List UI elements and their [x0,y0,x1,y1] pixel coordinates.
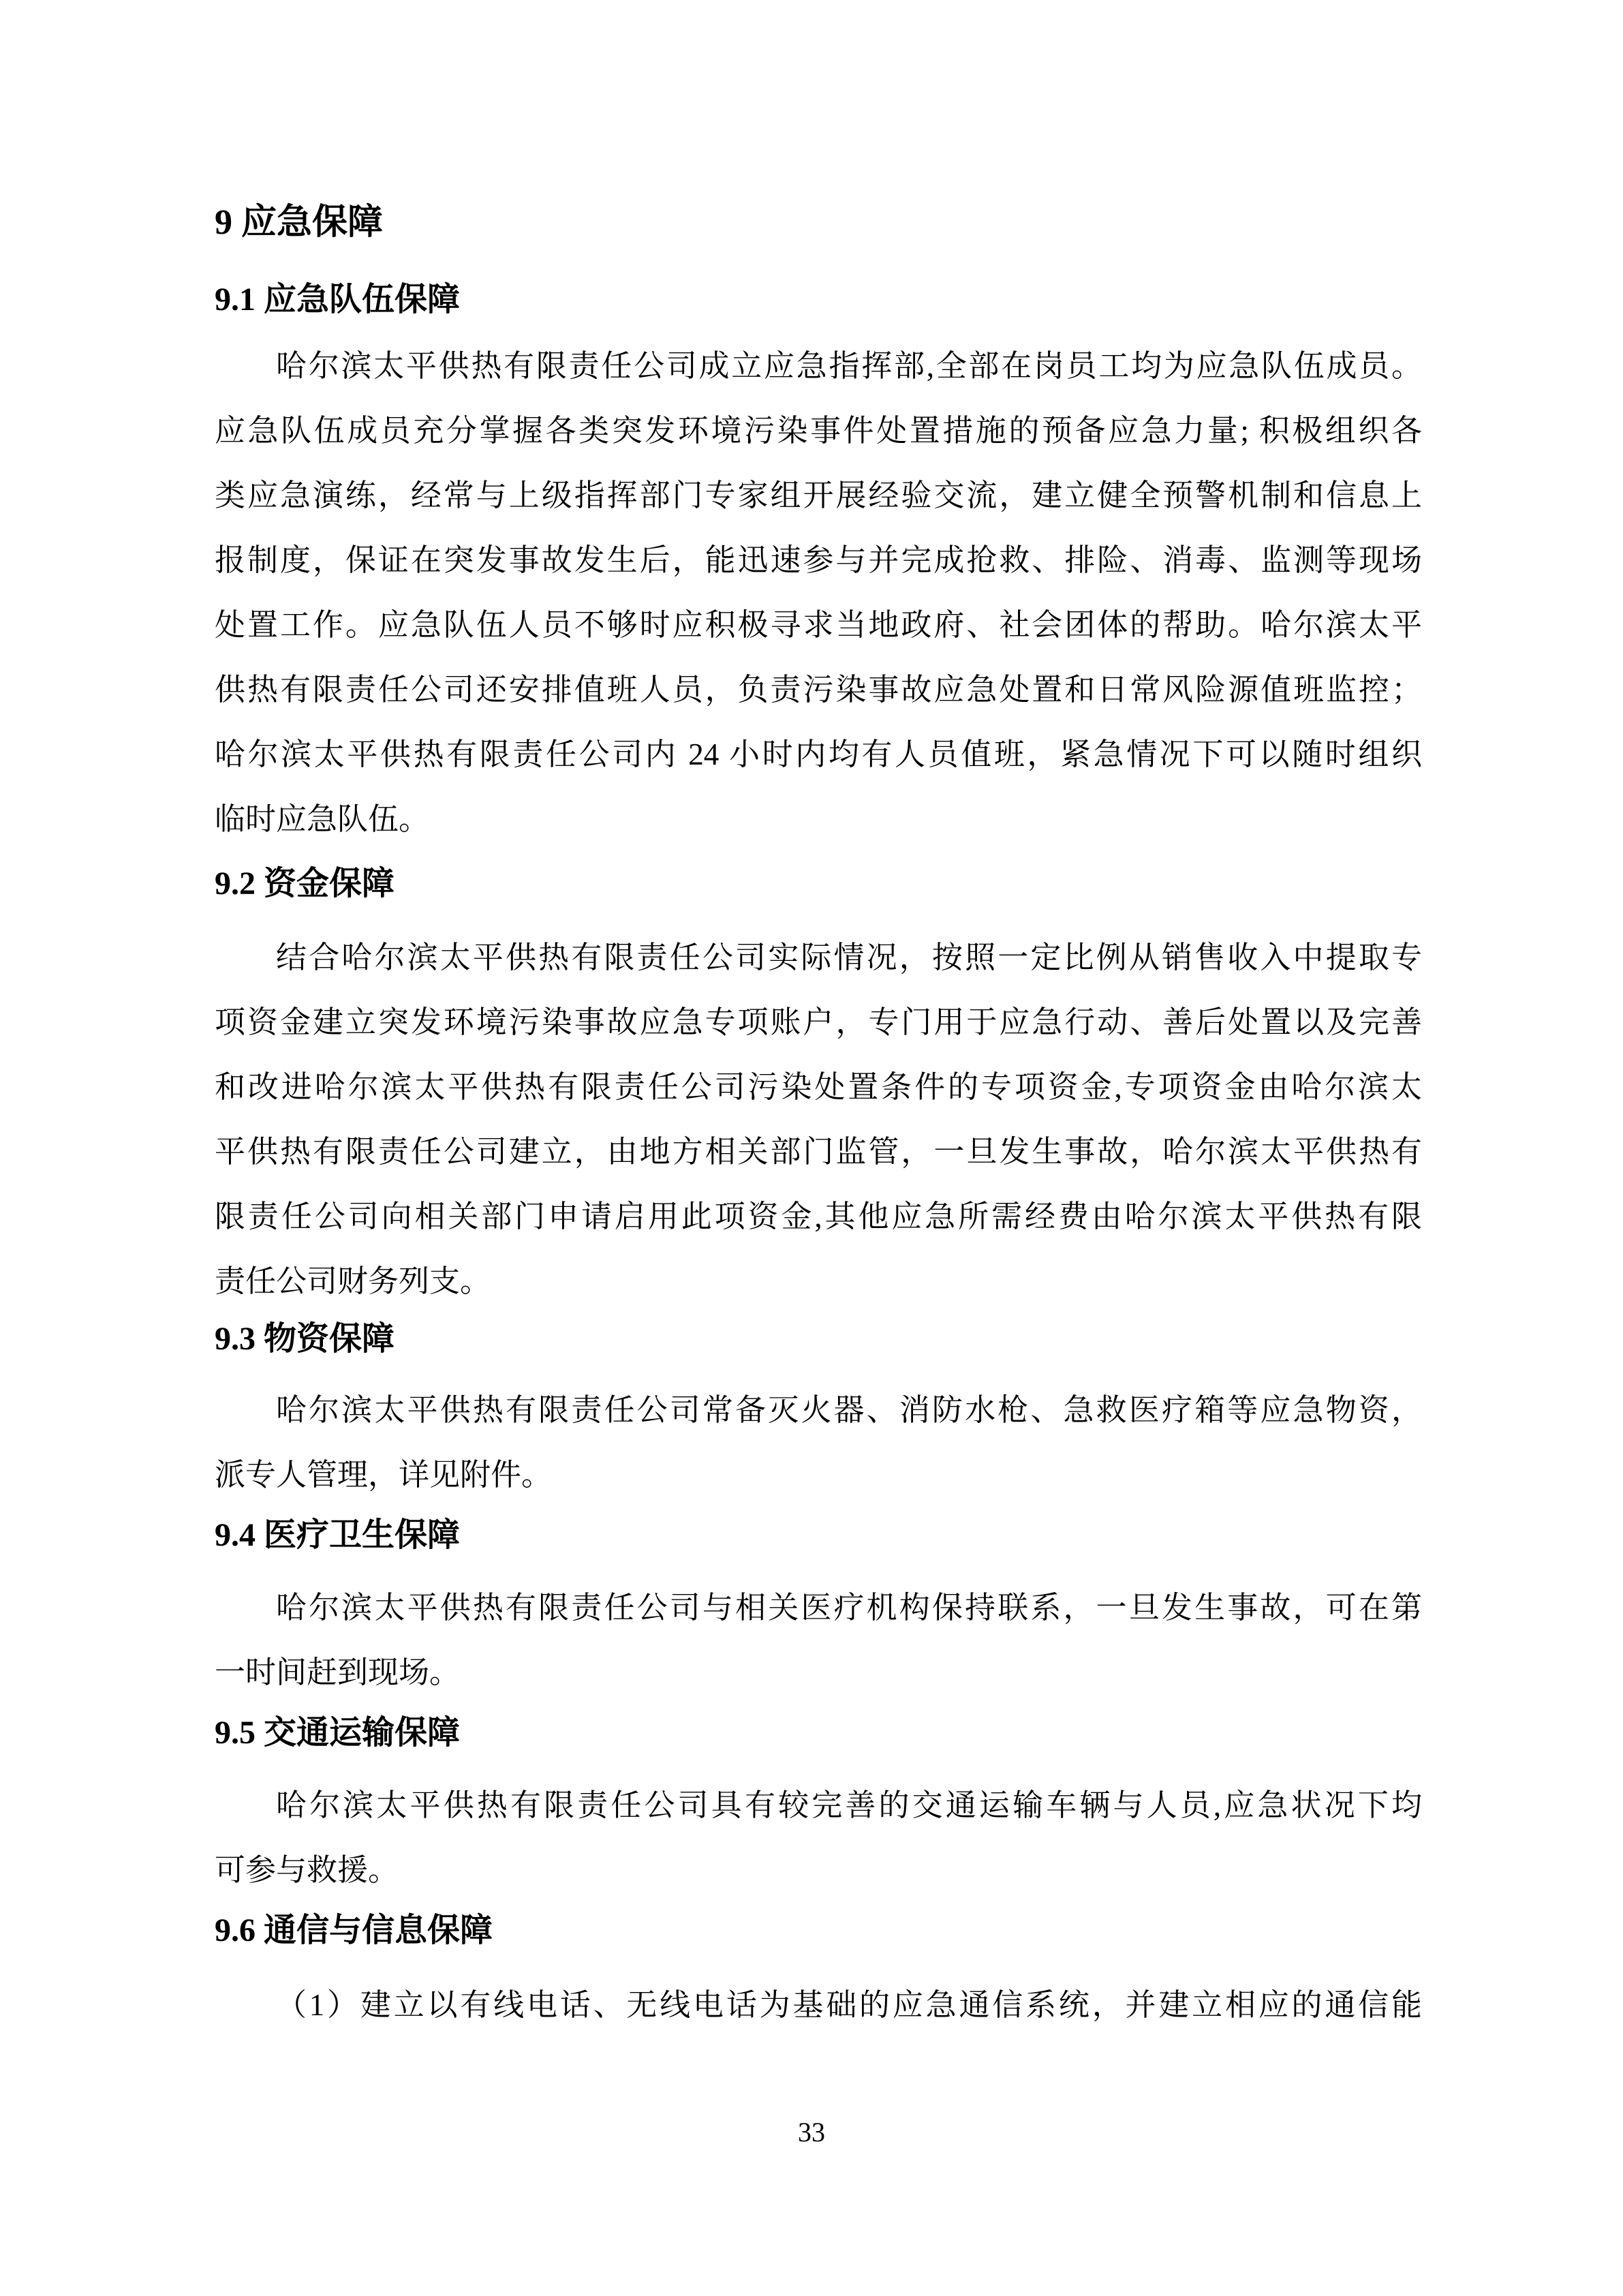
paragraph-line: 一时间赶到现场。 [215,1640,1422,1705]
paragraph-line: 结合哈尔滨太平供热有限责任公司实际情况，按照一定比例从销售收入中提取专 [215,925,1422,990]
section-heading-9-3: 9.3 物资保障 [215,1315,1422,1363]
paragraph-line: 哈尔滨太平供热有限责任公司具有较完善的交通运输车辆与人员,应急状况下均 [215,1773,1422,1838]
section-heading-9-4: 9.4 医疗卫生保障 [215,1512,1422,1559]
paragraph-9-3: 哈尔滨太平供热有限责任公司常备灭火器、消防水枪、急救医疗箱等应急物资， 派专人管… [215,1378,1422,1507]
paragraph-line: 哈尔滨太平供热有限责任公司常备灭火器、消防水枪、急救医疗箱等应急物资， [215,1378,1422,1443]
paragraph-line: 和改进哈尔滨太平供热有限责任公司污染处置条件的专项资金,专项资金由哈尔滨太 [215,1055,1422,1120]
page-number: 33 [0,2116,1623,2148]
section-heading-9: 9 应急保障 [215,199,1422,247]
paragraph-line: 哈尔滨太平供热有限责任公司与相关医疗机构保持联系，一旦发生事故，可在第 [215,1576,1422,1640]
paragraph-line: 限责任公司向相关部门申请启用此项资金,其他应急所需经费由哈尔滨太平供热有限 [215,1184,1422,1249]
paragraph-9-5: 哈尔滨太平供热有限责任公司具有较完善的交通运输车辆与人员,应急状况下均 可参与救… [215,1773,1422,1903]
paragraph-line: 哈尔滨太平供热有限责任公司成立应急指挥部,全部在岗员工均为应急队伍成员。 [215,334,1422,399]
paragraph-9-6: （1）建立以有线电话、无线电话为基础的应急通信系统，并建立相应的通信能 [215,1973,1422,2038]
section-heading-9-1: 9.1 应急队伍保障 [215,276,1422,324]
paragraph-line: 临时应急队伍。 [215,787,1422,852]
paragraph-9-2: 结合哈尔滨太平供热有限责任公司实际情况，按照一定比例从销售收入中提取专 项资金建… [215,925,1422,1314]
document-page: 9 应急保障 9.1 应急队伍保障 哈尔滨太平供热有限责任公司成立应急指挥部,全… [0,0,1623,2296]
paragraph-line: 类应急演练，经常与上级指挥部门专家组开展经验交流，建立健全预警机制和信息上 [215,463,1422,528]
paragraph-line: 供热有限责任公司还安排值班人员，负责污染事故应急处置和日常风险源值班监控； [215,658,1422,722]
paragraph-9-1: 哈尔滨太平供热有限责任公司成立应急指挥部,全部在岗员工均为应急队伍成员。 应急队… [215,334,1422,852]
paragraph-line: 平供热有限责任公司建立，由地方相关部门监管，一旦发生事故，哈尔滨太平供热有 [215,1120,1422,1184]
paragraph-line: 派专人管理，详见附件。 [215,1443,1422,1507]
section-heading-9-5: 9.5 交通运输保障 [215,1709,1422,1757]
paragraph-line: 应急队伍成员充分掌握各类突发环境污染事件处置措施的预备应急力量; 积极组织各 [215,399,1422,463]
paragraph-line: 哈尔滨太平供热有限责任公司内 24 小时内均有人员值班，紧急情况下可以随时组织 [215,722,1422,787]
section-heading-9-6: 9.6 通信与信息保障 [215,1907,1422,1955]
paragraph-line: 责任公司财务列支。 [215,1249,1422,1314]
paragraph-9-4: 哈尔滨太平供热有限责任公司与相关医疗机构保持联系，一旦发生事故，可在第 一时间赶… [215,1576,1422,1705]
paragraph-line: 处置工作。应急队伍人员不够时应积极寻求当地政府、社会团体的帮助。哈尔滨太平 [215,593,1422,658]
paragraph-line: 项资金建立突发环境污染事故应急专项账户，专门用于应急行动、善后处置以及完善 [215,990,1422,1055]
paragraph-line: 报制度，保证在突发事故发生后，能迅速参与并完成抢救、排险、消毒、监测等现场 [215,528,1422,593]
paragraph-line: 可参与救援。 [215,1838,1422,1903]
section-heading-9-2: 9.2 资金保障 [215,860,1422,908]
paragraph-line: （1）建立以有线电话、无线电话为基础的应急通信系统，并建立相应的通信能 [215,1973,1422,2038]
